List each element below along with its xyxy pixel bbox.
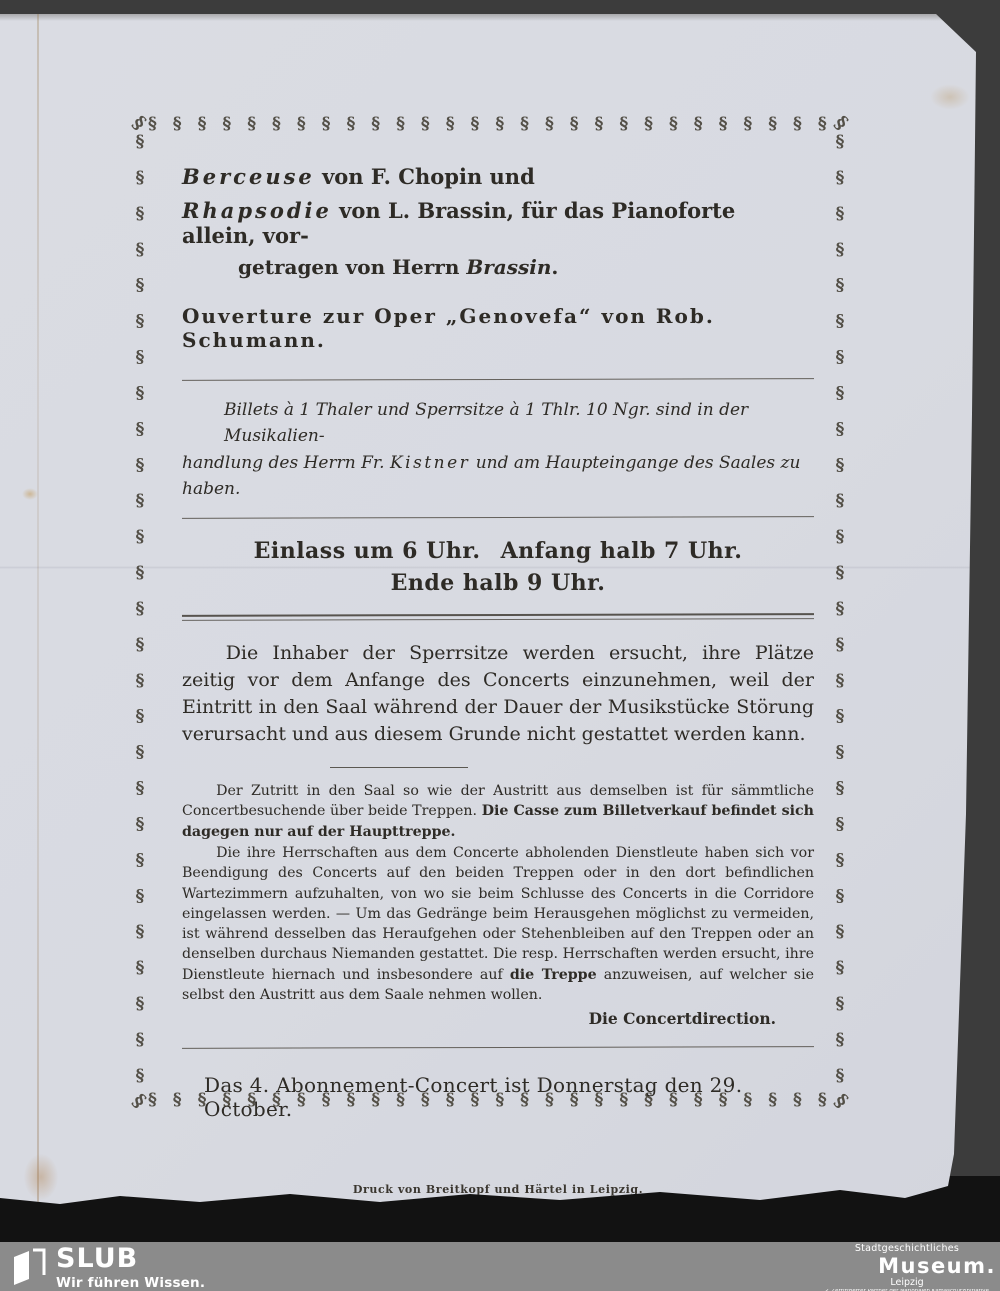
fold-line xyxy=(37,14,39,1214)
slub-logo: SLUB Wir führen Wissen. xyxy=(12,1245,205,1291)
program-line-ouverture: Ouverture zur Oper „Genovefa“ von Rob. S… xyxy=(182,304,814,352)
ticket-info: Billets à 1 Thaler und Sperrsitze à 1 Th… xyxy=(182,397,814,502)
slub-logo-text: SLUB Wir führen Wissen. xyxy=(56,1245,205,1291)
scanned-page-view: { "doc": { "program": { "line1": { "work… xyxy=(0,0,1000,1291)
rules-bold-text: die Treppe xyxy=(510,967,597,983)
paper-stain xyxy=(22,488,38,500)
work-title: Berceuse xyxy=(182,164,315,189)
paper-stain xyxy=(24,1154,58,1200)
museum-logo: Stadtgeschichtliches Museum. Leipzig ✓ Z… xyxy=(818,1244,996,1291)
concert-times-line1: Einlass um 6 Uhr.Anfang halb 7 Uhr. xyxy=(182,536,814,568)
museum-line-stadtgeschichtliches: Stadtgeschichtliches xyxy=(818,1244,996,1254)
program-text: getragen von Herrn xyxy=(238,255,466,279)
work-title: Rhapsodie xyxy=(182,198,332,223)
divider-rule xyxy=(182,1046,814,1049)
paper-sheet: § § § § § § § § § § § § § § § § § § § § … xyxy=(0,14,976,1214)
seat-holder-notice: Die Inhaber der Sperrsitze werden ersuch… xyxy=(182,640,814,748)
program-line-rhapsodie: Rhapsodie von L. Brassin, für das Pianof… xyxy=(182,198,814,248)
program-line-performer: getragen von Herrn Brassin. xyxy=(182,255,814,279)
signature: Die Concertdirection. xyxy=(182,1009,814,1028)
end-time: Ende halb 9 Uhr. xyxy=(182,568,814,600)
rules-text: Die ihre Herrschaften aus dem Concerte a… xyxy=(182,845,814,983)
paper-top-shadow xyxy=(0,14,976,21)
start-time: Anfang halb 7 Uhr. xyxy=(501,538,743,564)
frame-left-ornament: § § § § § § § § § § § § § § § § § § § § … xyxy=(128,132,152,1092)
seller-name: Kistner xyxy=(390,453,470,473)
frame-right-ornament: § § § § § § § § § § § § § § § § § § § § … xyxy=(828,132,852,1092)
printer-imprint: Druck von Breitkopf und Härtel in Leipzi… xyxy=(182,1183,814,1196)
museum-name: Museum. xyxy=(818,1256,996,1277)
program-text: von F. Chopin und xyxy=(315,164,535,189)
house-rules-para2: Die ihre Herrschaften aus dem Concerte a… xyxy=(182,843,814,1005)
paper-stain xyxy=(930,84,970,110)
concert-times: Einlass um 6 Uhr.Anfang halb 7 Uhr. Ende… xyxy=(182,536,814,600)
admission-time: Einlass um 6 Uhr. xyxy=(254,538,481,564)
slub-name: SLUB xyxy=(56,1245,205,1272)
program-text: . xyxy=(551,255,558,279)
performer-name: Brassin xyxy=(466,255,551,279)
frame-top-ornament: § § § § § § § § § § § § § § § § § § § § … xyxy=(148,112,832,136)
ticket-info-line2: handlung des Herrn Fr. Kistner und am Ha… xyxy=(182,450,814,503)
program-content: Berceuse von F. Chopin und Rhapsodie von… xyxy=(182,164,814,1196)
museum-city: Leipzig xyxy=(818,1278,996,1288)
next-concert-announcement: Das 4. Abonnement-Concert ist Donnerstag… xyxy=(182,1073,814,1121)
house-rules-para1: Der Zutritt in den Saal so wie der Austr… xyxy=(182,781,814,842)
ticket-text: handlung des Herrn Fr. xyxy=(182,453,390,473)
house-rules: Der Zutritt in den Saal so wie der Austr… xyxy=(182,781,814,1005)
divider-rule xyxy=(182,378,814,381)
library-branding-bar: SLUB Wir führen Wissen. Stadtgeschichtli… xyxy=(0,1242,1000,1291)
program-line-berceuse: Berceuse von F. Chopin und xyxy=(182,164,814,189)
slub-book-icon xyxy=(12,1247,46,1285)
short-divider-rule xyxy=(330,767,468,768)
ticket-info-line1: Billets à 1 Thaler und Sperrsitze à 1 Th… xyxy=(182,397,814,450)
slub-tagline: Wir führen Wissen. xyxy=(56,1275,205,1291)
divider-rule xyxy=(182,517,814,520)
double-divider-rule xyxy=(182,613,814,621)
